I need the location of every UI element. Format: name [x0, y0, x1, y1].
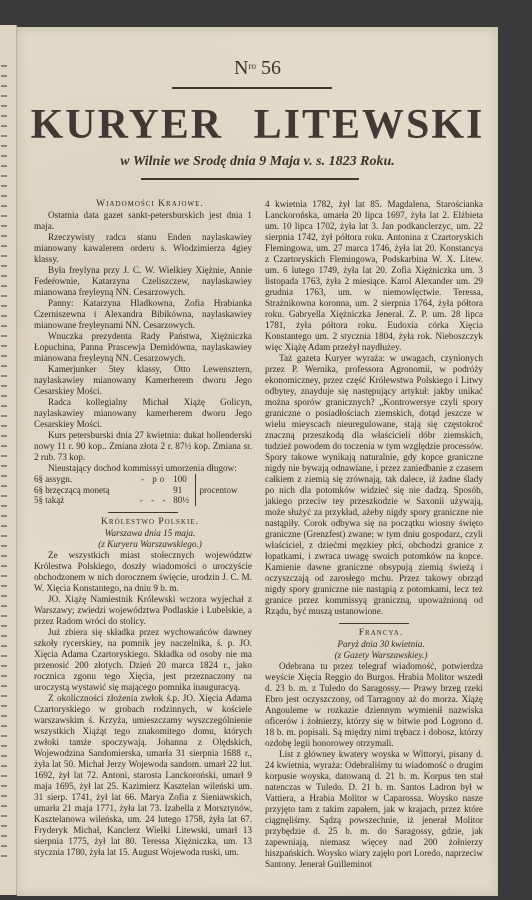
bond-mid: [135, 485, 173, 496]
issue-suffix: ro: [248, 61, 256, 71]
article-paragraph: Już zbiera się składka przez wychowańców…: [34, 627, 252, 693]
article-paragraph: Taż gazeta Kuryer wyraża: w uwagach, czy…: [265, 353, 483, 617]
article-paragraph: Ze wszystkich miast stołecznych wojewódz…: [34, 550, 252, 594]
article-paragraph: Ostatnia data gazet sankt-petersburskich…: [34, 210, 252, 232]
right-column: 4 kwietnia 1782, żył lat 85. Magdalena, …: [265, 199, 483, 870]
issue-prefix: N: [234, 57, 248, 79]
section-divider: [108, 512, 178, 513]
bond-value: 80½: [173, 495, 195, 506]
left-column: Wiadomości Krajowe. Ostatnia data gazet …: [34, 199, 252, 858]
newspaper-page: Nro 56 KURYER LITEWSKI w Wilnie we Srodę…: [17, 27, 498, 896]
article-paragraph: Kamerjunker 5tey klassy, Otto Lewenszter…: [34, 364, 252, 397]
article-paragraph: Nieustający dochod kommissyi umorzenia d…: [34, 463, 252, 474]
bond-mid: - - -: [135, 495, 173, 506]
previous-page-text-bleed: [1, 65, 7, 865]
article-paragraph: Wnuczka prezydenta Rady Państwa, Xiężnic…: [34, 331, 252, 364]
bond-row: 6§ assygn. - po 100 procentow: [34, 474, 252, 485]
article-paragraph: JO. Xiążę Namiestnik Królewski wczora wy…: [34, 594, 252, 627]
section-heading-france: Francya.: [265, 628, 483, 639]
article-paragraph: Z okoliczności złożenia zwłok ś.p. JO. X…: [34, 693, 252, 858]
poland-source: (z Kuryera Warszawskiego.): [34, 539, 252, 550]
bond-value: 100: [173, 474, 195, 485]
issue-value: 56: [261, 57, 281, 79]
bond-label: 6§ brzęczącą monetą: [34, 485, 135, 496]
bond-value: 91: [173, 485, 195, 496]
bond-label: 6§ assygn.: [34, 474, 135, 485]
article-paragraph-continued: 4 kwietnia 1782, żył lat 85. Magdalena, …: [265, 199, 483, 353]
issue-number: Nro 56: [17, 57, 498, 80]
masthead-bottom-rule: [141, 178, 359, 180]
article-paragraph: Kurs petersburski dnia 27 kwietnia: duka…: [34, 430, 252, 463]
bond-rates-table: 6§ assygn. - po 100 procentow 6§ brzęczą…: [34, 474, 252, 506]
article-paragraph: Panny: Katarzyna Hladkowna, Zofia Hrabia…: [34, 298, 252, 331]
masthead-top-rule: [172, 87, 332, 89]
article-paragraph: Radca kollegialny Michał Xiążę Golicyn, …: [34, 397, 252, 430]
article-paragraph: Odebrana tu przez telegraf wiadomość, po…: [265, 661, 483, 749]
section-heading-poland: Królestwo Polskie.: [34, 517, 252, 528]
newspaper-title: KURYER LITEWSKI: [17, 101, 498, 149]
article-paragraph: Rzeczywisty radca stanu Enden naylaskawi…: [34, 232, 252, 265]
bond-unit: procentow: [195, 474, 252, 506]
france-dateline: Paryż dnia 30 kwietnia.: [265, 639, 483, 650]
previous-page-edge: [0, 25, 17, 895]
bond-label: 5§ takąż: [34, 495, 135, 506]
poland-dateline: Warszawa dnia 15 maja.: [34, 528, 252, 539]
section-divider: [339, 623, 409, 624]
france-source: (z Gazety Warszawskiey.): [265, 650, 483, 661]
newspaper-dateline: w Wilnie we Srodę dnia 9 Maja v. s. 1823…: [17, 154, 498, 170]
article-paragraph: Była freylyna przy J. C. W. Wielkiey Xię…: [34, 265, 252, 298]
section-heading-domestic: Wiadomości Krajowe.: [34, 199, 252, 210]
bond-mid: - po: [135, 474, 173, 485]
article-paragraph: List z główney kwatery woyska w Wittoryi…: [265, 749, 483, 870]
